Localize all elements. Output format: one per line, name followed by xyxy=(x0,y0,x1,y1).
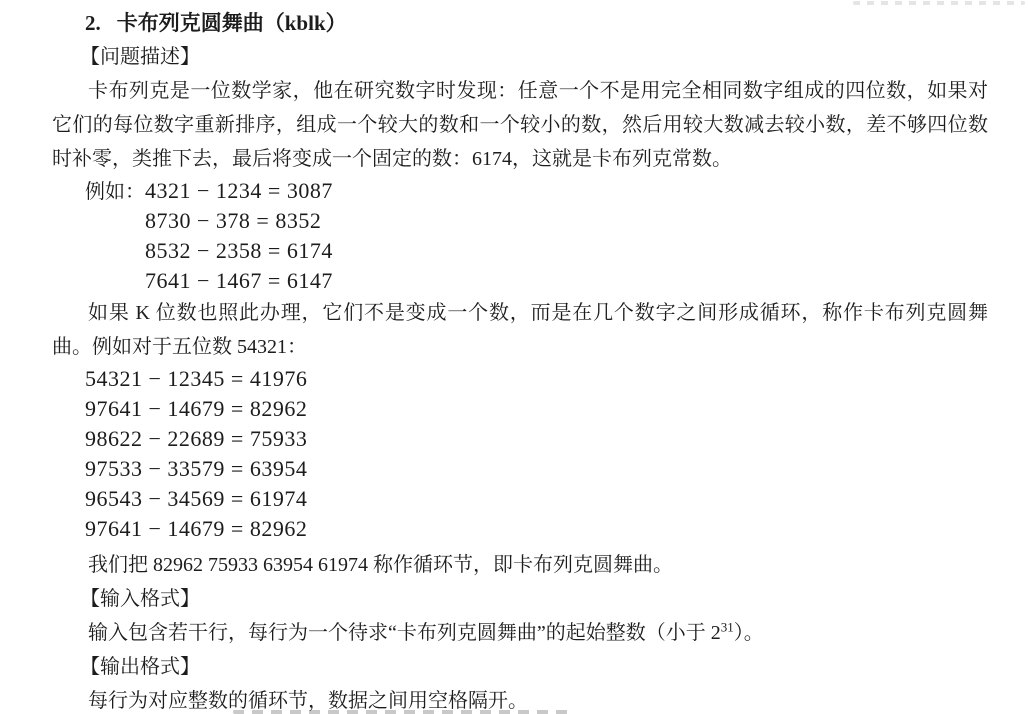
equation: 97533 − 33579 = 63954 xyxy=(52,454,988,484)
input-description-post: ）。 xyxy=(734,622,764,644)
problem-title-text: 卡布列克圆舞曲（kblk） xyxy=(117,11,347,35)
problem-number: 2. xyxy=(85,11,101,35)
equation: 97641 − 14679 = 82962 xyxy=(52,394,988,424)
paragraph-line: 如果 K 位数也照此办理，它们不是变成一个数，而是在几个数字之间形成循环，称作卡… xyxy=(52,296,988,330)
exponent: 31 xyxy=(721,619,734,634)
problem-title: 2.卡布列克圆舞曲（kblk） xyxy=(52,6,988,40)
scanned-book-page: 2.卡布列克圆舞曲（kblk） 【问题描述】 卡布列克是一位数学家，他在研究数字… xyxy=(0,0,1028,714)
paragraph-line: 曲。例如对于五位数 54321： xyxy=(52,330,988,364)
example-equation-line: 例如：4321 − 1234 = 3087 xyxy=(52,176,988,206)
page-content: 2.卡布列克圆舞曲（kblk） 【问题描述】 卡布列克是一位数学家，他在研究数字… xyxy=(52,6,988,714)
paragraph-line: 卡布列克是一位数学家，他在研究数字时发现：任意一个不是用完全相同数字组成的四位数… xyxy=(52,74,988,108)
equation: 4321 − 1234 = 3087 xyxy=(145,178,333,203)
equation: 8730 − 378 = 8352 xyxy=(52,206,988,236)
equation: 97641 − 14679 = 82962 xyxy=(52,514,988,544)
section-header-output-format: 【输出格式】 xyxy=(52,650,988,684)
scan-artifact-top xyxy=(853,1,1025,5)
scan-artifact-bottom xyxy=(233,710,568,714)
equation: 54321 − 12345 = 41976 xyxy=(52,364,988,394)
example-label: 例如： xyxy=(85,181,145,203)
equation: 8532 − 2358 = 6174 xyxy=(52,236,988,266)
equation: 98622 − 22689 = 75933 xyxy=(52,424,988,454)
equation: 96543 − 34569 = 61974 xyxy=(52,484,988,514)
paragraph-line: 时补零，类推下去，最后将变成一个固定的数：6174，这就是卡布列克常数。 xyxy=(52,142,988,176)
cycle-note-line: 我们把 82962 75933 63954 61974 称作循环节，即卡布列克圆… xyxy=(52,548,988,582)
input-description-pre: 输入包含若干行，每行为一个待求“卡布列克圆舞曲”的起始整数（小于 2 xyxy=(88,622,721,644)
section-header-problem-description: 【问题描述】 xyxy=(52,40,988,74)
equation: 7641 − 1467 = 6147 xyxy=(52,266,988,296)
section-header-input-format: 【输入格式】 xyxy=(52,582,988,616)
paragraph-line: 它们的每位数字重新排序，组成一个较大的数和一个较小的数，然后用较大数减去较小数，… xyxy=(52,108,988,142)
input-description-line: 输入包含若干行，每行为一个待求“卡布列克圆舞曲”的起始整数（小于 231）。 xyxy=(52,616,988,650)
